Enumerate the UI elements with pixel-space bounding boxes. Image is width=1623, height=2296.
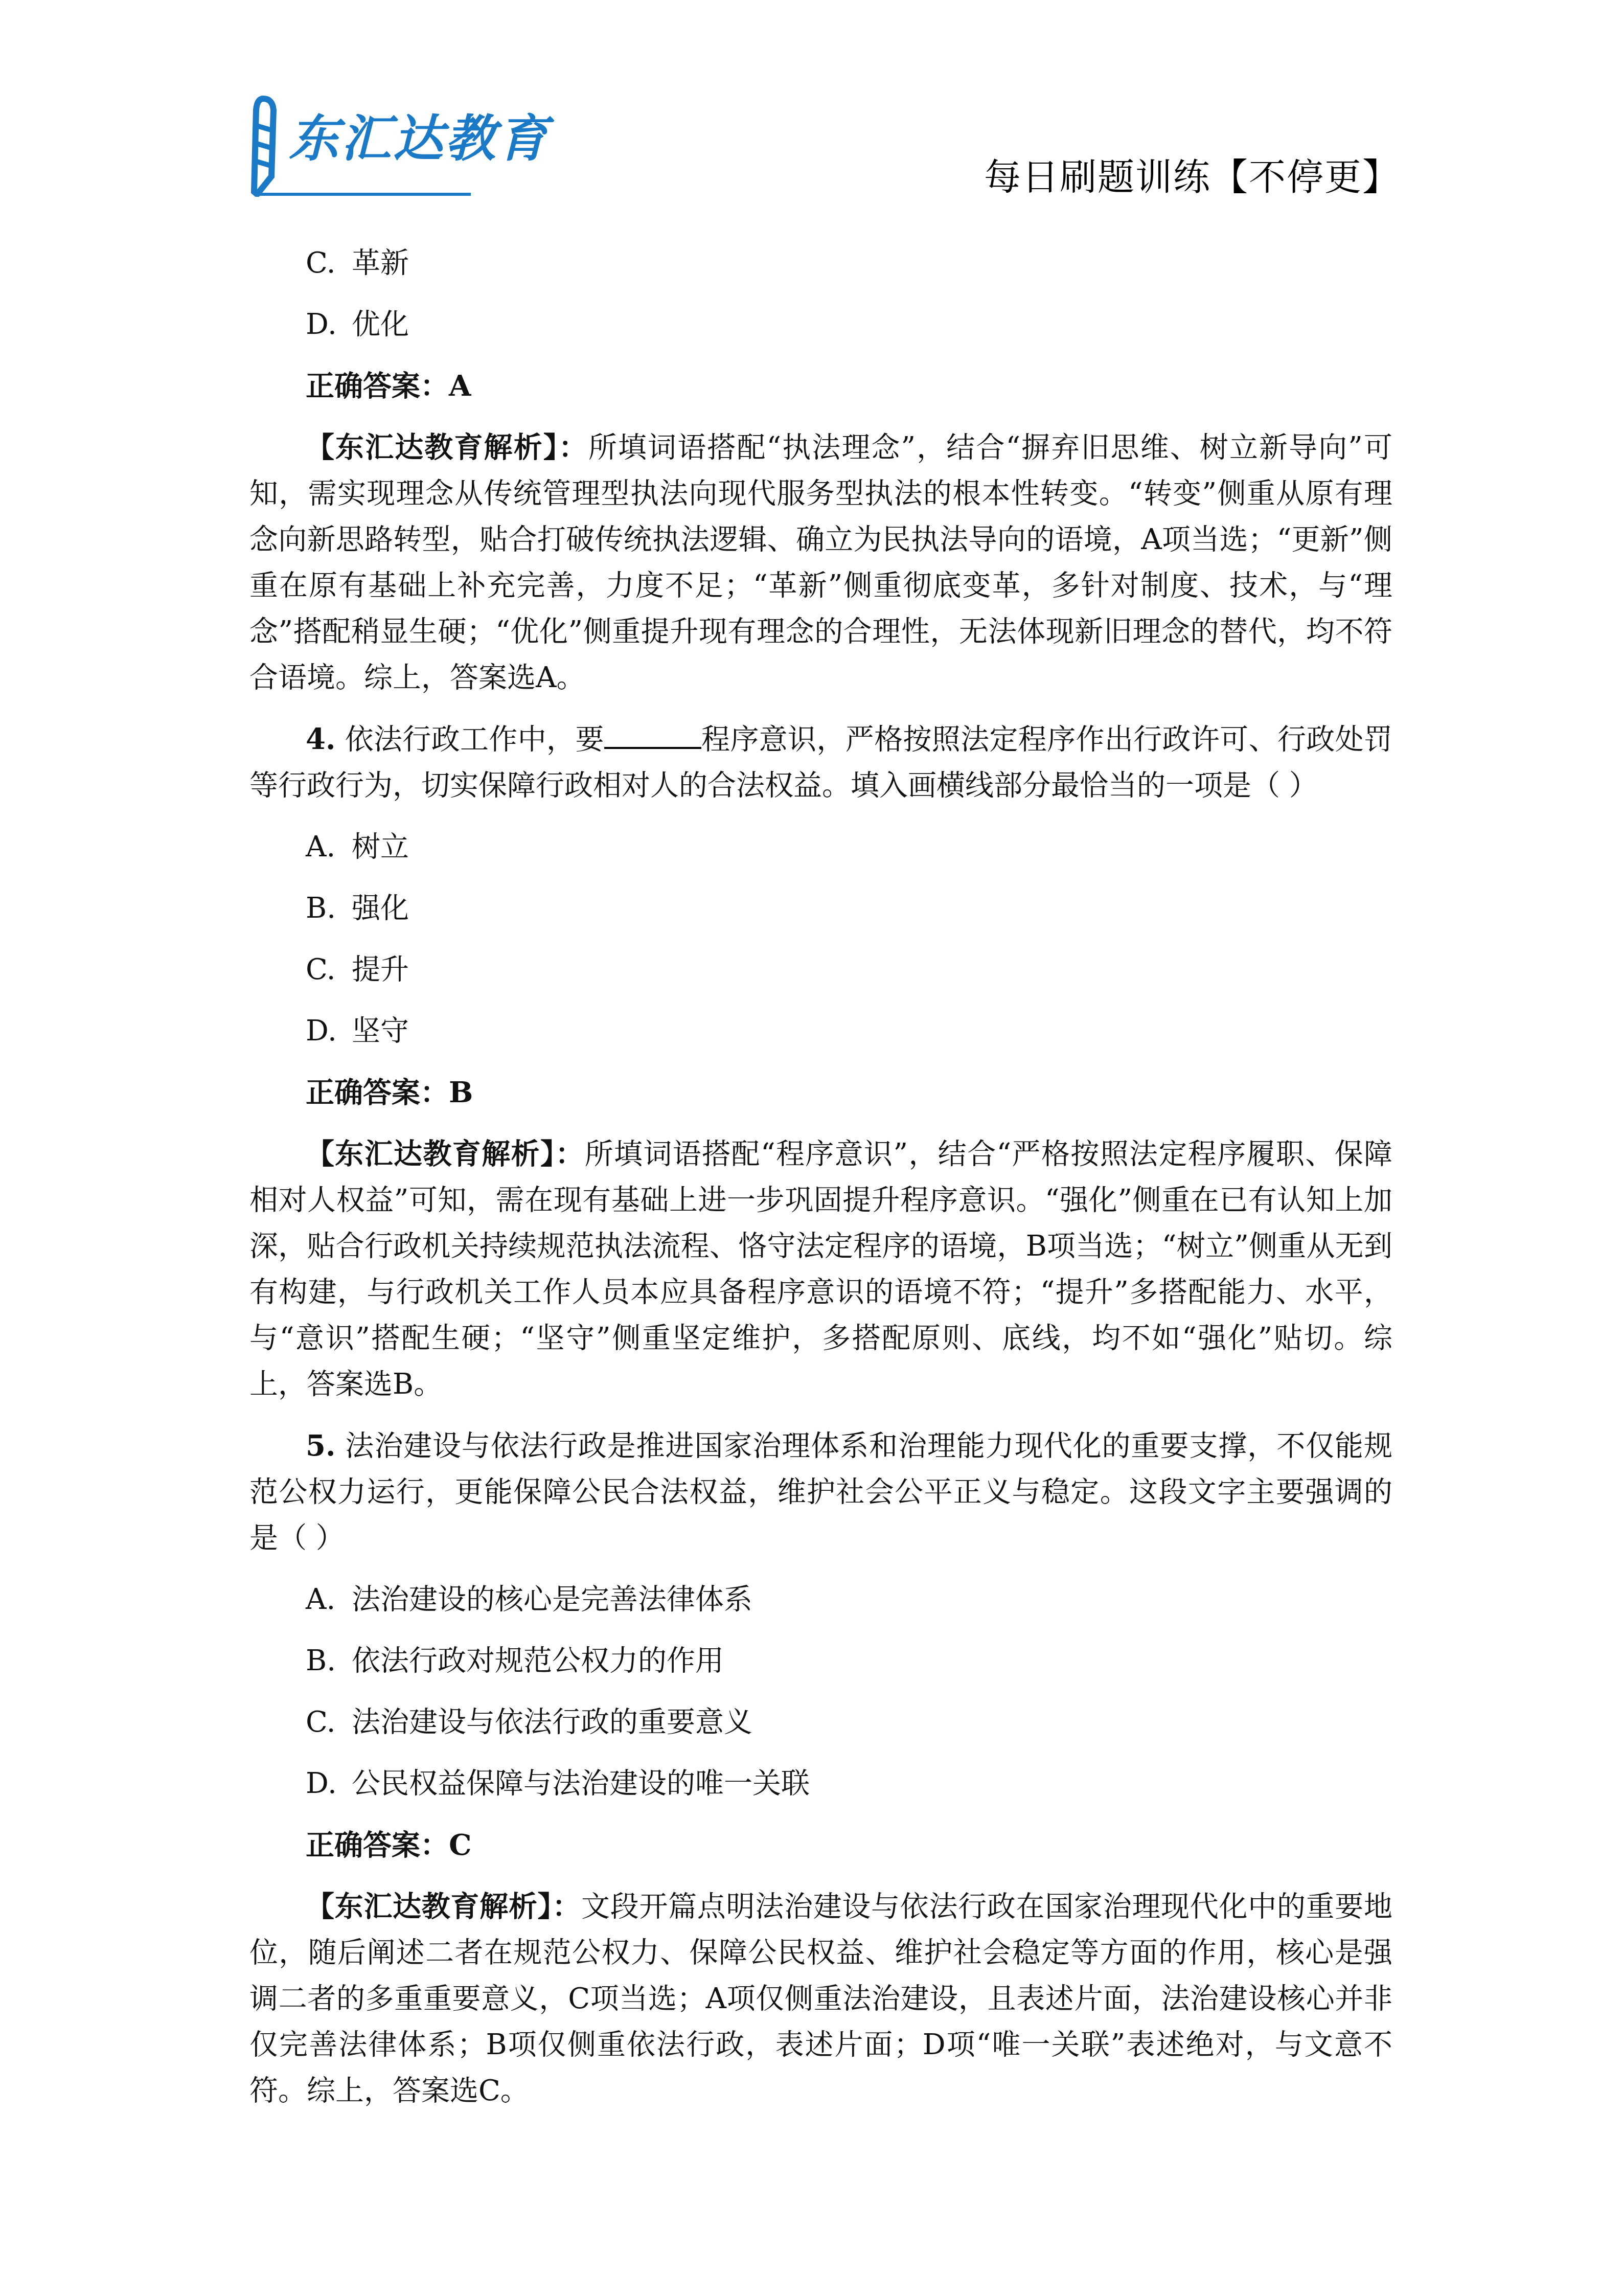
- option-letter: A.: [306, 1577, 352, 1623]
- header-title: 每日刷题训练【不停更】: [984, 158, 1400, 195]
- q3-option-c: C.革新: [249, 240, 1392, 286]
- option-text: 法治建设与依法行政的重要意义: [352, 1706, 752, 1739]
- analysis-tag: 【东汇达教育解析】：: [306, 1137, 585, 1171]
- option-text: 优化: [352, 308, 409, 341]
- option-letter: C.: [306, 1699, 352, 1745]
- q3-analysis: 【东汇达教育解析】：所填词语搭配“执法理念”，结合“摒弃旧思维、树立新导向”可知…: [249, 424, 1392, 701]
- q5-analysis: 【东汇达教育解析】：文段开篇点明法治建设与依法行政在国家治理现代化中的重要地位，…: [249, 1883, 1392, 2114]
- stem-text: 依法行政工作中，要: [345, 723, 604, 756]
- option-text: 革新: [352, 246, 409, 280]
- q4-option-c: C.提升: [249, 947, 1392, 993]
- q3-option-d: D.优化: [249, 302, 1392, 348]
- q3-answer: 正确答案：A: [249, 363, 1392, 409]
- document-body: C.革新 D.优化 正确答案：A 【东汇达教育解析】：所填词语搭配“执法理念”，…: [249, 240, 1392, 2129]
- option-text: 依法行政对规范公权力的作用: [352, 1644, 724, 1677]
- stem-text: 法治建设与依法行政是推进国家治理体系和治理能力现代化的重要支撑，不仅能规范公权力…: [249, 1429, 1392, 1555]
- option-text: 法治建设的核心是完善法律体系: [352, 1583, 752, 1616]
- question-number: 4.: [306, 722, 335, 756]
- option-letter: B.: [306, 885, 352, 931]
- option-letter: D.: [306, 1761, 352, 1807]
- analysis-tag: 【东汇达教育解析】：: [306, 430, 588, 464]
- q5-stem: 5. 法治建设与依法行政是推进国家治理体系和治理能力现代化的重要支撑，不仅能规范…: [249, 1423, 1392, 1561]
- q5-answer: 正确答案：C: [249, 1822, 1392, 1868]
- option-text: 提升: [352, 953, 409, 986]
- analysis-tag: 【东汇达教育解析】：: [306, 1890, 581, 1923]
- option-letter: A.: [306, 824, 352, 870]
- logo-underline: [256, 193, 471, 196]
- option-text: 坚守: [352, 1014, 409, 1048]
- option-text: 公民权益保障与法治建设的唯一关联: [352, 1767, 810, 1800]
- option-letter: D.: [306, 302, 352, 348]
- analysis-text: 所填词语搭配“执法理念”，结合“摒弃旧思维、树立新导向”可知，需实现理念从传统管…: [249, 431, 1392, 694]
- q4-option-d: D.坚守: [249, 1008, 1392, 1054]
- option-letter: C.: [306, 947, 352, 993]
- page-header: 东汇达教育 每日刷题训练【不停更】: [0, 0, 1623, 215]
- option-letter: D.: [306, 1008, 352, 1054]
- q4-option-a: A.树立: [249, 824, 1392, 870]
- pencil-icon: [243, 95, 284, 197]
- q5-option-d: D.公民权益保障与法治建设的唯一关联: [249, 1761, 1392, 1807]
- q4-answer: 正确答案：B: [249, 1070, 1392, 1116]
- analysis-text: 所填词语搭配“程序意识”，结合“严格按照法定程序履职、保障相对人权益”可知，需在…: [249, 1138, 1392, 1401]
- q4-stem: 4. 依法行政工作中，要程序意识，严格按照法定程序作出行政许可、行政处罚等行政行…: [249, 716, 1392, 809]
- q5-option-b: B.依法行政对规范公权力的作用: [249, 1638, 1392, 1684]
- option-text: 树立: [352, 830, 409, 863]
- q5-option-a: A.法治建设的核心是完善法律体系: [249, 1577, 1392, 1623]
- brand-name: 东汇达教育: [289, 114, 550, 164]
- option-letter: B.: [306, 1638, 352, 1684]
- fill-blank: [604, 718, 701, 749]
- option-letter: C.: [306, 240, 352, 286]
- q4-analysis: 【东汇达教育解析】：所填词语搭配“程序意识”，结合“严格按照法定程序履职、保障相…: [249, 1131, 1392, 1407]
- q5-option-c: C.法治建设与依法行政的重要意义: [249, 1699, 1392, 1745]
- brand-logo: 东汇达教育: [243, 95, 631, 197]
- q4-option-b: B.强化: [249, 885, 1392, 931]
- option-text: 强化: [352, 892, 409, 925]
- question-number: 5.: [306, 1429, 335, 1463]
